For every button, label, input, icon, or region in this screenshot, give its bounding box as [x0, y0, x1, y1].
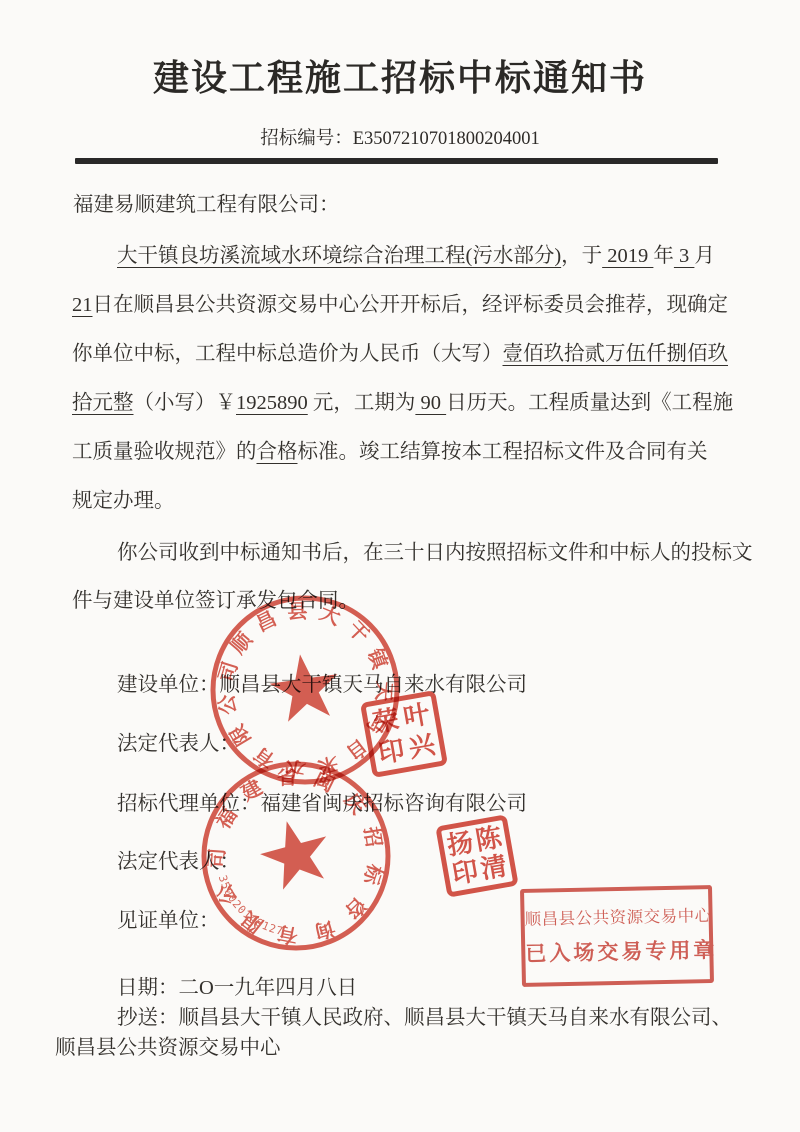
entry-stamp-line-1: 顺昌县公共资源交易中心: [524, 902, 708, 930]
name-seal-char: 清: [477, 851, 511, 885]
header-divider: [75, 158, 718, 164]
star-icon: [254, 812, 337, 893]
bid-open-month: 3: [674, 245, 695, 267]
body-text: 你单位中标，工程中标总造价为人民币（大写）: [72, 343, 503, 365]
amount-in-words-part1: 壹佰玖拾贰万伍仟捌佰玖: [503, 343, 729, 365]
body-line-7: 你公司收到中标通知书后，在三十日内按照招标文件和中标人的投标文: [117, 540, 753, 567]
star-icon: [266, 650, 343, 724]
body-line-1: 大干镇良坊溪流域水环境综合治理工程(污水部分)，于 2019 年 3 月: [117, 243, 715, 270]
bid-open-day: 21: [72, 294, 93, 316]
project-name: 大干镇良坊溪流域水环境综合治理工程(污水部分): [117, 245, 561, 267]
body-text: 月: [694, 245, 715, 267]
bid-number-line: 招标编号：E3507210701800204001: [0, 124, 800, 150]
body-text: 元，工期为: [308, 392, 416, 414]
date-label: 日期：: [117, 977, 179, 999]
body-line-4: 拾元整（小写）￥1925890 元，工期为 90 日历天。工程质量达到《工程施: [72, 390, 733, 417]
cc-line-1: 抄送：顺昌县大干镇人民政府、顺昌县大干镇天马自来水有限公司、: [117, 1005, 732, 1032]
body-line-2: 21日在顺昌县公共资源交易中心公开开标后，经评标委员会推荐，现确定: [72, 292, 728, 319]
date-value: 二O一九年四月八日: [179, 977, 358, 999]
body-text: 日历天。工程质量达到《工程施: [446, 392, 733, 414]
page-title: 建设工程施工招标中标通知书: [0, 50, 800, 101]
agency-company-round-seal: 福建省闽庆招标咨询有限公司 350020146127: [196, 756, 396, 956]
body-text: 你公司收到中标通知书后，在三十日内按照招标文件和中标人的投标文: [117, 542, 753, 564]
body-text: 日在顺昌县公共资源交易中心公开开标后，经评标委员会推荐，现确定: [93, 294, 729, 316]
entry-stamp-line-2: 已入场交易专用章: [525, 934, 710, 968]
trade-center-entry-stamp: 顺昌县公共资源交易中心 已入场交易专用章: [520, 885, 714, 987]
name-seal-char: 兴: [404, 729, 440, 765]
document-page: 建设工程施工招标中标通知书 招标编号：E3507210701800204001 …: [0, 0, 800, 1132]
body-line-3: 你单位中标，工程中标总造价为人民币（大写）壹佰玖拾贰万伍仟捌佰玖: [72, 341, 728, 368]
name-seal-chen-qing-yang: 扬陈印清: [435, 814, 518, 897]
recipient-name: 福建易顺建筑工程有限公司：: [73, 194, 340, 216]
body-text: 标准。竣工结算按本工程招标文件及合同有关: [298, 441, 708, 463]
body-text: 年: [653, 245, 674, 267]
quality-standard: 合格: [257, 441, 298, 463]
construction-period-days: 90: [415, 392, 446, 414]
body-text: 工质量验收规范》的: [72, 441, 257, 463]
cc-recipients-continued: 顺昌县公共资源交易中心: [55, 1037, 281, 1059]
bid-number-value: E3507210701800204001: [353, 129, 540, 149]
cc-line-2: 顺昌县公共资源交易中心: [55, 1035, 281, 1062]
amount-in-words-part2: 拾元整: [72, 392, 134, 414]
bid-open-year: 2019: [602, 245, 653, 267]
date-line: 日期：二O一九年四月八日: [117, 975, 357, 1002]
body-line-6: 规定办理。: [72, 488, 175, 515]
body-text: ，于: [561, 245, 602, 267]
bid-number-label: 招标编号：: [260, 129, 353, 149]
recipient-line: 福建易顺建筑工程有限公司：: [73, 192, 340, 219]
body-text: （小写）￥: [134, 392, 237, 414]
cc-recipients: 顺昌县大干镇人民政府、顺昌县大干镇天马自来水有限公司、: [179, 1007, 733, 1029]
cc-label: 抄送：: [117, 1007, 179, 1029]
body-text: 规定办理。: [72, 490, 175, 512]
amount-in-figures: 1925890: [236, 392, 308, 414]
body-line-5: 工质量验收规范》的合格标准。竣工结算按本工程招标文件及合同有关: [72, 439, 708, 466]
